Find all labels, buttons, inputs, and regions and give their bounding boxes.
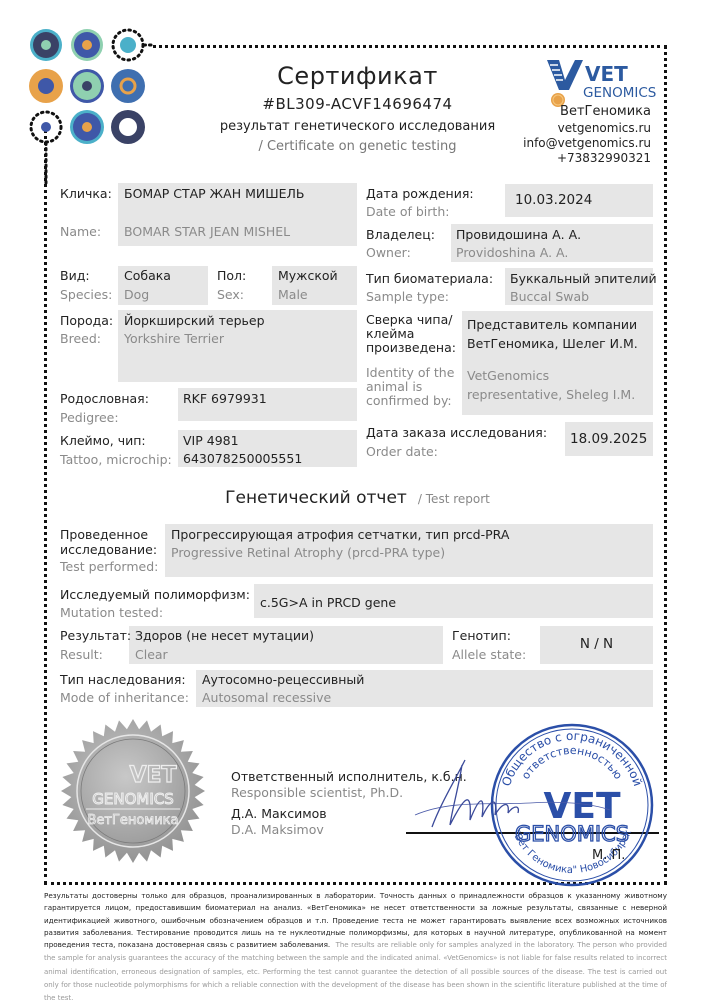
sex-label-en: Sex: [217,287,244,302]
logo-word-genomics: GENOMICS [583,85,656,101]
handwritten-signature-icon [410,755,610,835]
owner-label-ru: Владелец: [366,227,435,242]
result-value-en: Clear [135,647,168,662]
order-date-value: 18.09.2025 [570,431,647,447]
inheritance-value-ru: Аутосомно-рецессивный [202,672,364,687]
inheritance-label-en: Mode of inheritance: [60,690,189,705]
order-date-label-en: Order date: [366,444,438,459]
breed-value-ru: Йоркширский терьер [124,313,265,328]
company-name: ВетГеномика [560,104,651,119]
tattoo-value-line1: VIP 4981 [183,433,239,448]
result-label-en: Result: [60,647,103,662]
birth-date-label-ru: Дата рождения: [366,186,474,201]
signer-name-ru: Д.А. Максимов [231,806,327,821]
sex-value-ru: Мужской [278,268,338,283]
name-label-en: Name: [60,224,101,239]
sample-type-label-en: Sample type: [366,289,449,304]
sex-label-ru: Пол: [217,268,246,283]
company-email[interactable]: info@vetgenomics.ru [523,136,651,150]
frame-join [152,45,156,48]
report-title-en: / Test report [418,492,490,506]
inheritance-value-en: Autosomal recessive [202,690,331,705]
inheritance-label-ru: Тип наследования: [60,672,186,687]
owner-label-en: Owner: [366,245,411,260]
name-value-ru: БОМАР СТАР ЖАН МИШЕЛЬ [124,186,304,201]
signer-role-en: Responsible scientist, Ph.D. [231,785,403,800]
mutation-label-en: Mutation tested: [60,605,163,620]
vetgenomics-logo-icon [545,58,585,108]
svg-text:ВетГеномика: ВетГеномика [88,813,179,828]
identity-label-en: Identity of the animal is confirmed by: [366,366,456,408]
pedigree-label-en: Pedigree: [60,410,119,425]
species-value-ru: Собака [124,268,171,283]
tattoo-value-line2: 643078250005551 [183,451,302,466]
name-label-ru: Кличка: [60,186,112,201]
disclaimer-en: The results are reliable only for sample… [44,941,667,1000]
company-website[interactable]: vetgenomics.ru [558,121,651,135]
mutation-value: c.5G>A in PRCD gene [260,595,396,610]
birth-date-label-en: Date of birth: [366,204,449,219]
disclaimer: Результаты достоверны только для образцо… [44,888,667,1000]
sample-type-label-ru: Тип биоматериала: [366,271,493,286]
birth-date-value: 10.03.2024 [515,192,592,208]
mutation-label-ru: Исследуемый полиморфизм: [60,587,250,602]
result-value-ru: Здоров (не несет мутации) [135,628,314,643]
test-performed-label-en: Test performed: [60,559,158,574]
report-heading: Генетический отчет / Test report [0,488,705,508]
logo-word-vet: VET [585,62,628,86]
genotype-value: N / N [540,636,653,652]
identity-label-ru: Сверка чипа/клейма произведена: [366,313,456,355]
order-date-label-ru: Дата заказа исследования: [366,425,547,440]
sample-type-value-en: Buccal Swab [510,289,589,304]
species-label-ru: Вид: [60,268,90,283]
genotype-label-ru: Генотип: [452,628,511,643]
owner-value-en: Providoshina A. A. [456,245,568,260]
test-performed-value-en: Progressive Retinal Atrophy (prcd-PRA ty… [171,545,445,560]
silver-seal-icon: VET GENOMICS ВетГеномика [58,716,208,866]
result-label-ru: Результат: [60,628,131,643]
mp-label: М. П. [592,848,625,863]
svg-text:GENOMICS: GENOMICS [92,790,174,808]
test-performed-label-ru: Проведенное исследование: [60,527,160,557]
pedigree-label-ru: Родословная: [60,391,149,406]
genotype-label-en: Allele state: [452,647,526,662]
sample-type-value-ru: Буккальный эпителий [510,271,657,286]
species-value-en: Dog [124,287,149,302]
breed-label-en: Breed: [60,331,101,346]
signer-name-en: D.A. Maksimov [231,822,324,837]
species-label-en: Species: [60,287,112,302]
tattoo-label-en: Tattoo, microchip: [60,452,172,467]
name-value-en: BOMAR STAR JEAN MISHEL [124,224,290,239]
tattoo-label-ru: Клеймо, чип: [60,433,146,448]
company-phone: +73832990321 [557,151,651,165]
test-performed-value-ru: Прогрессирующая атрофия сетчатки, тип pr… [171,527,509,542]
pedigree-value: RKF 6979931 [183,391,267,406]
breed-value-en: Yorkshire Terrier [124,331,224,346]
breed-label-ru: Порода: [60,313,113,328]
owner-value-ru: Провидошина А. А. [456,227,581,242]
report-title-ru: Генетический отчет [225,488,407,508]
identity-value-en: VetGenomics representative, Sheleg I.M. [467,366,647,404]
svg-text:VET: VET [129,763,176,788]
sex-value-en: Male [278,287,308,302]
identity-value-ru: Представитель компании ВетГеномика, Шеле… [467,315,647,353]
